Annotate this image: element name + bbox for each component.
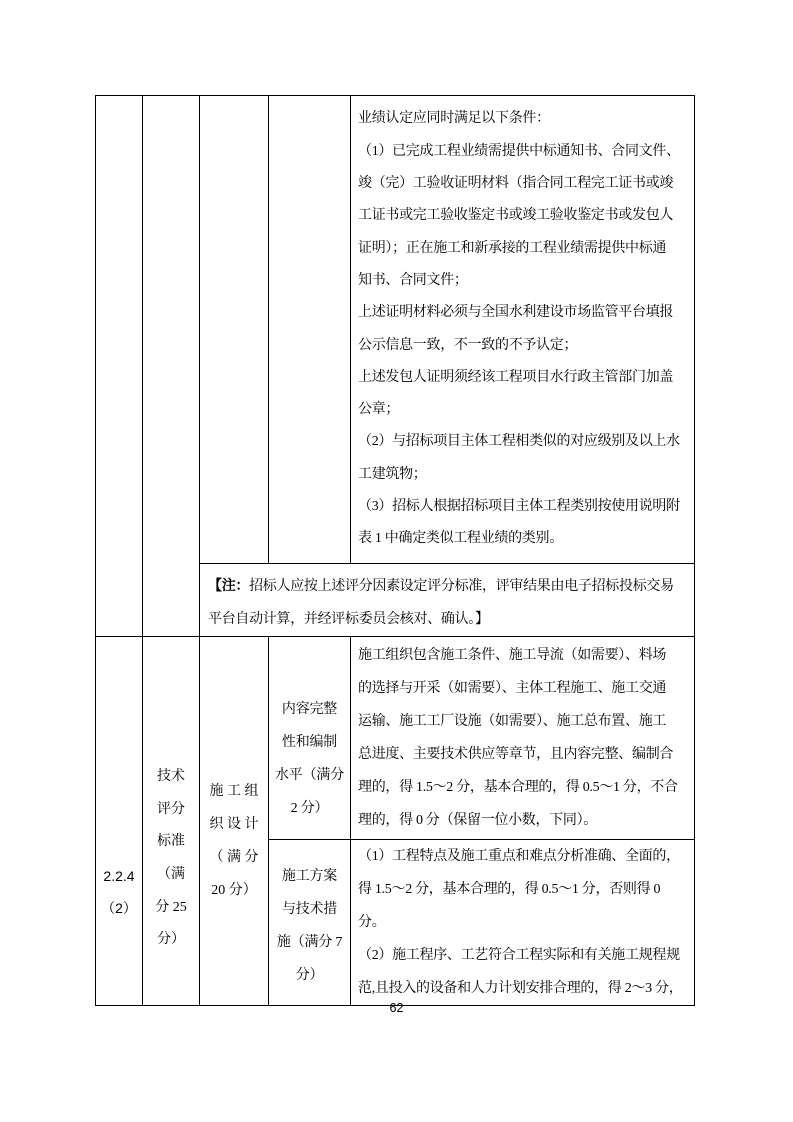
cell-item-no-empty	[96, 96, 143, 637]
cell-note: 【注：招标人应按上述评分因素设定评分标准，评审结果由电子招标投标交易 平台自动计…	[200, 564, 695, 637]
cell-section-construction-organization-design: 施 工 组 织 设 计 （ 满 分 20 分）	[200, 637, 269, 1006]
table-row-continuation: 业绩认定应同时满足以下条件： （1）已完成工程业绩需提供中标通知书、合同文件、 …	[96, 96, 695, 564]
cell-section-empty	[200, 96, 269, 564]
evaluation-criteria-table: 业绩认定应同时满足以下条件： （1）已完成工程业绩需提供中标通知书、合同文件、 …	[95, 95, 695, 1006]
cell-subfactor-scheme-measures-description: （1）工程特点及施工重点和难点分析准确、全面的， 得 1.5～2 分，基本合理的…	[351, 840, 695, 1006]
cell-subfactor-empty	[269, 96, 351, 564]
cell-category-technical-score: 技术 评分 标准 （满 分 25 分）	[143, 637, 200, 1006]
cell-subfactor-completeness: 内容完整 性和编制 水平（满分 2 分）	[269, 637, 351, 840]
cell-item-number: 2.2.4 （2）	[96, 637, 143, 1006]
cell-category-empty	[143, 96, 200, 637]
table-row-224-2-sub1: 2.2.4 （2） 技术 评分 标准 （满 分 25 分） 施 工 组 织 设 …	[96, 637, 695, 840]
page-number: 62	[0, 1001, 793, 1015]
note-prefix-label: 【注：	[208, 579, 249, 594]
cell-subfactor-scheme-measures: 施工方案 与技术措 施（满分 7 分）	[269, 840, 351, 1006]
document-page: 业绩认定应同时满足以下条件： （1）已完成工程业绩需提供中标通知书、合同文件、 …	[0, 0, 793, 1122]
cell-performance-criteria-text: 业绩认定应同时满足以下条件： （1）已完成工程业绩需提供中标通知书、合同文件、 …	[351, 96, 695, 564]
note-body-text: 招标人应按上述评分因素设定评分标准，评审结果由电子招标投标交易 平台自动计算，并…	[208, 579, 674, 627]
cell-subfactor-completeness-description: 施工组织包含施工条件、施工导流（如需要）、料场 的选择与开采（如需要）、主体工程…	[351, 637, 695, 840]
